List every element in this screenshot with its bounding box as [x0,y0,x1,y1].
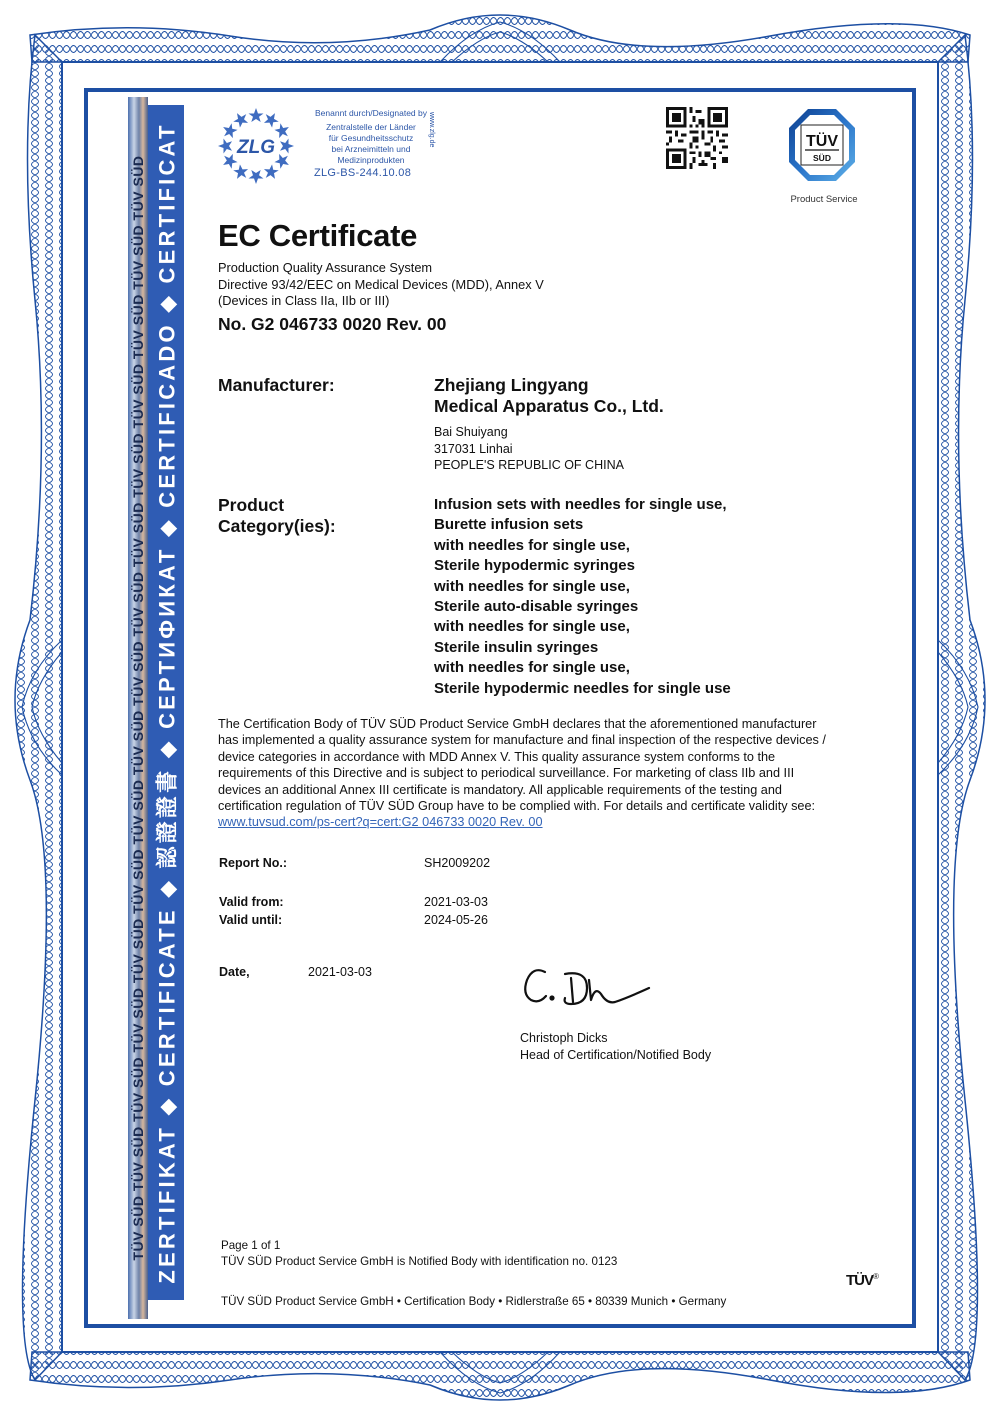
declaration-text: The Certification Body of TÜV SÜD Produc… [218,717,826,813]
registered-mark: ® [873,1272,878,1281]
manufacturer-label: Manufacturer: [218,375,335,396]
certificate-number: No. G2 046733 0020 Rev. 00 [218,314,446,335]
product-item: with needles for single use, [434,658,731,678]
product-item: Sterile auto-disable syringes [434,597,731,617]
footer-address: TÜV SÜD Product Service GmbH • Certifica… [221,1295,726,1308]
signatory-name: Christoph Dicks [520,1030,711,1047]
side-band-text: ZERTIFIKAT ◆ CERTIFICATE ◆ 認證證書 ◆ СЕРТИФ… [151,105,182,1300]
product-item: Sterile hypodermic needles for single us… [434,679,731,699]
product-category-list: Infusion sets with needles for single us… [434,495,731,699]
date-value: 2021-03-03 [308,965,372,979]
valid-from-value: 2021-03-03 [424,895,488,909]
notified-body-statement: TÜV SÜD Product Service GmbH is Notified… [221,1254,617,1270]
page-number: Page 1 of 1 [221,1238,617,1254]
designated-by-text: Benannt durch/Designated by [306,108,436,119]
manufacturer-name: Zhejiang Lingyang Medical Apparatus Co.,… [434,375,664,417]
manufacturer-name-line: Zhejiang Lingyang [434,375,664,396]
svg-text:TÜV: TÜV [806,131,838,150]
signatory-title: Head of Certification/Notified Body [520,1047,711,1064]
report-number-value: SH2009202 [424,856,490,870]
zlg-star-ring-icon: ZLG [214,104,298,188]
address-line: 317031 Linhai [434,441,624,458]
tuv-product-service-caption: Product Service [784,194,864,205]
svg-text:ZLG: ZLG [236,137,275,158]
zlg-designation-block: ZLG Benannt durch/Designated by Zentrals… [214,104,444,184]
zlg-website: www.zlg.de [428,112,435,147]
product-item: Sterile insulin syringes [434,638,731,658]
address-line: Bai Shuiyang [434,424,624,441]
tuv-mark-text: TÜV [846,1272,873,1289]
authority-line: Medizinprodukten [306,155,436,166]
product-item: with needles for single use, [434,536,731,556]
authority-line: bei Arzneimitteln und [306,144,436,155]
authority-line: für Gesundheitsschutz [306,133,436,144]
product-item: Infusion sets with needles for single us… [434,495,731,515]
tuv-sud-logo-icon: TÜV SÜD [788,108,856,182]
qr-code-icon[interactable] [666,107,728,169]
certificate-side-band: ZERTIFIKAT ◆ CERTIFICATE ◆ 認證證書 ◆ СЕРТИФ… [148,105,184,1300]
product-item: Burette infusion sets [434,515,731,535]
subtitle-line: Production Quality Assurance System [218,260,544,277]
footer-notes: Page 1 of 1 TÜV SÜD Product Service GmbH… [221,1238,617,1270]
authority-line: Zentralstelle der Länder [306,122,436,133]
subtitle-line: Directive 93/42/EEC on Medical Devices (… [218,277,544,294]
zlg-code: ZLG-BS-244.10.08 [314,167,411,179]
subtitle-line: (Devices in Class IIa, IIb or III) [218,293,544,310]
manufacturer-address: Bai Shuiyang 317031 Linhai PEOPLE'S REPU… [434,424,624,474]
certificate-validity-link[interactable]: www.tuvsud.com/ps-cert?q=cert:G2 046733 … [218,815,543,829]
product-item: Sterile hypodermic syringes [434,556,731,576]
date-label: Date, [219,965,250,979]
certificate-title: EC Certificate [218,218,417,254]
security-foil-strip: TÜV SÜD TÜV SÜD TÜV SÜD TÜV SÜD TÜV SÜD … [128,97,148,1319]
signatory-block: Christoph Dicks Head of Certification/No… [520,1030,711,1064]
product-item: with needles for single use, [434,617,731,637]
address-line: PEOPLE'S REPUBLIC OF CHINA [434,457,624,474]
product-category-label: Product Category(ies): [218,495,336,537]
security-foil-text: TÜV SÜD TÜV SÜD TÜV SÜD TÜV SÜD TÜV SÜD … [130,97,146,1319]
product-label-line: Category(ies): [218,516,336,537]
valid-until-label: Valid until: [219,913,282,927]
zlg-authority-text: Benannt durch/Designated by Zentralstell… [306,108,436,166]
signature-icon [515,960,665,1020]
valid-from-label: Valid from: [219,895,284,909]
certificate-subtitle: Production Quality Assurance System Dire… [218,260,544,310]
report-number-label: Report No.: [219,856,287,870]
certification-declaration: The Certification Body of TÜV SÜD Produc… [218,716,838,831]
product-item: with needles for single use, [434,577,731,597]
product-label-line: Product [218,495,336,516]
tuv-trademark: TÜV® [846,1272,878,1289]
valid-until-value: 2024-05-26 [424,913,488,927]
manufacturer-name-line: Medical Apparatus Co., Ltd. [434,396,664,417]
svg-text:SÜD: SÜD [813,153,831,163]
